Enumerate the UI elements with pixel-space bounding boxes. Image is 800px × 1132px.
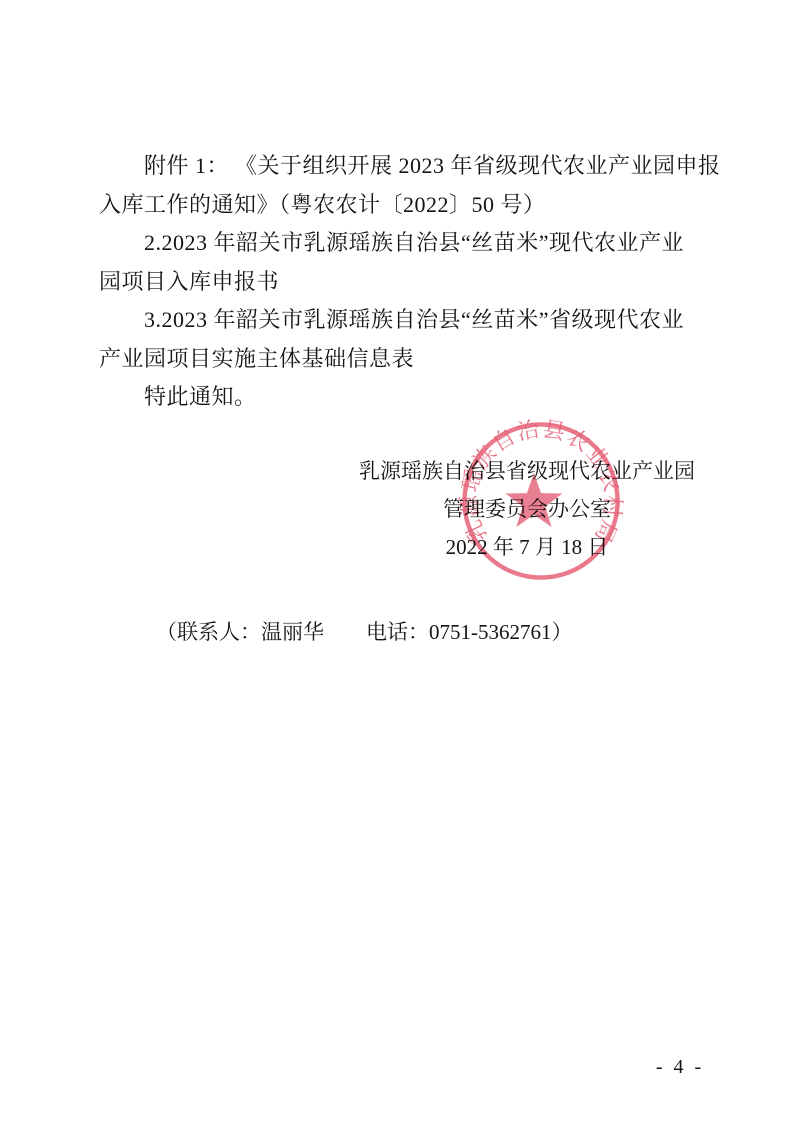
signature-block: 乳源瑶族自治县省级现代农业产业园 管理委员会办公室 2022 年 7 月 18 …: [356, 452, 698, 566]
body-line: 入库工作的通知》（粤农农计〔2022〕50 号）: [99, 186, 719, 225]
body-line: 3.2023 年韶关市乳源瑶族自治县“丝苗米”省级现代农业: [99, 301, 719, 340]
notice-body: 附件 1： 《关于组织开展 2023 年省级现代农业产业园申报 入库工作的通知》…: [99, 147, 719, 417]
body-line: 2.2023 年韶关市乳源瑶族自治县“丝苗米”现代农业产业: [99, 224, 719, 263]
signature-org-line2: 管理委员会办公室: [356, 490, 698, 528]
body-line: 园项目入库申报书: [99, 263, 719, 302]
page-number: - 4 -: [640, 1056, 720, 1079]
document-page: 附件 1： 《关于组织开展 2023 年省级现代农业产业园申报 入库工作的通知》…: [0, 0, 800, 1132]
body-line: 特此通知。: [99, 378, 719, 417]
body-line: 附件 1： 《关于组织开展 2023 年省级现代农业产业园申报: [99, 147, 719, 186]
contact-line: （联系人：温丽华 电话：0751-5362761）: [156, 616, 573, 646]
body-line: 产业园项目实施主体基础信息表: [99, 340, 719, 379]
signature-date: 2022 年 7 月 18 日: [356, 528, 698, 566]
signature-org-line1: 乳源瑶族自治县省级现代农业产业园: [356, 452, 698, 490]
